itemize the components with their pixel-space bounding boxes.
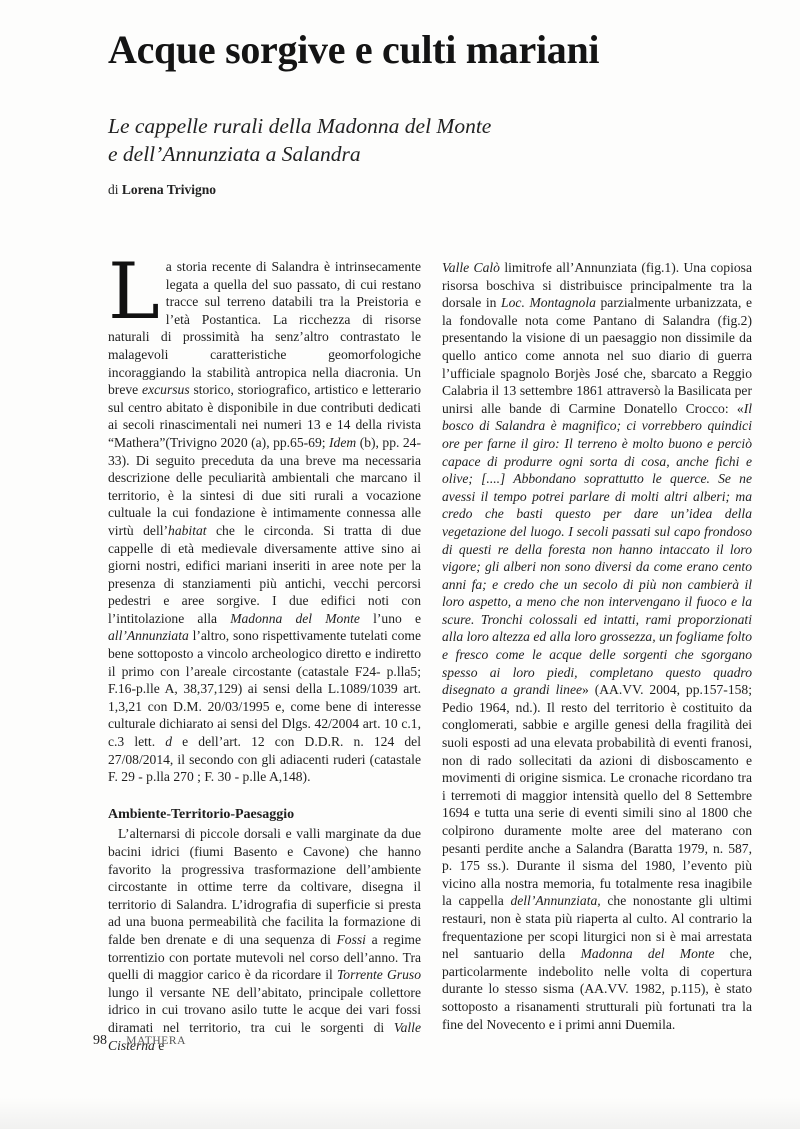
italic-run: Madonna del Monte bbox=[581, 946, 715, 961]
section-heading: Ambiente-Territorio-Paesaggio bbox=[108, 806, 421, 824]
page-footer: 98 MATHERA bbox=[93, 1032, 186, 1049]
magazine-name: MATHERA bbox=[126, 1035, 186, 1047]
drop-cap: L bbox=[108, 260, 160, 328]
italic-run: dell’Annunziata, bbox=[510, 893, 600, 908]
scan-edge-shadow bbox=[0, 1098, 800, 1129]
italic-run: Madonna del Monte bbox=[230, 611, 360, 626]
subtitle-line-1: Le cappelle rurali della Madonna del Mon… bbox=[108, 112, 491, 140]
subtitle-line-2: e dell’Annunziata a Salandra bbox=[108, 140, 491, 168]
byline-prefix: di bbox=[108, 182, 119, 197]
italic-run: excursus bbox=[142, 382, 190, 397]
text-run: l’altro, sono rispettivamente tutelati c… bbox=[108, 628, 421, 749]
intro-paragraph: La storia recente di Salandra è intrinse… bbox=[108, 258, 421, 786]
byline: di Lorena Trivigno bbox=[108, 182, 216, 198]
text-run: parzialmente urbanizzata, e la fondovall… bbox=[442, 295, 752, 416]
article-subtitle: Le cappelle rurali della Madonna del Mon… bbox=[108, 112, 491, 168]
text-run: L’alternarsi di piccole dorsali e valli … bbox=[108, 826, 421, 947]
italic-run: Valle Calò bbox=[442, 260, 500, 275]
italic-run: habitat bbox=[168, 523, 207, 538]
italic-run: Fossi bbox=[336, 932, 365, 947]
italic-run: Torrente Gruso bbox=[337, 967, 421, 982]
article-title: Acque sorgive e culti mariani bbox=[108, 26, 599, 74]
italic-run: Loc. Montagnola bbox=[501, 295, 596, 310]
right-column: Valle Calò limitrofe all’Annunziata (fig… bbox=[442, 259, 752, 1033]
magazine-page: Acque sorgive e culti mariani Le cappell… bbox=[0, 0, 800, 1129]
text-run: » (AA.VV. 2004, pp.157-158; Pedio 1964, … bbox=[442, 682, 752, 908]
italic-run: all’Annunziata bbox=[108, 628, 189, 643]
italic-run: Idem bbox=[329, 435, 356, 450]
text-run: lungo il versante NE dell’abitato, princ… bbox=[108, 985, 421, 1035]
block-quotation: Il bosco di Salandra è magnifico; ci vor… bbox=[442, 401, 752, 698]
text-run: l’uno e bbox=[360, 611, 421, 626]
italic-run: d bbox=[165, 734, 172, 749]
body-paragraph: L’alternarsi di piccole dorsali e valli … bbox=[108, 825, 421, 1054]
page-number: 98 bbox=[93, 1033, 107, 1048]
body-paragraph: Valle Calò limitrofe all’Annunziata (fig… bbox=[442, 259, 752, 1033]
left-column: La storia recente di Salandra è intrinse… bbox=[108, 258, 421, 1054]
author-name: Lorena Trivigno bbox=[122, 182, 216, 197]
